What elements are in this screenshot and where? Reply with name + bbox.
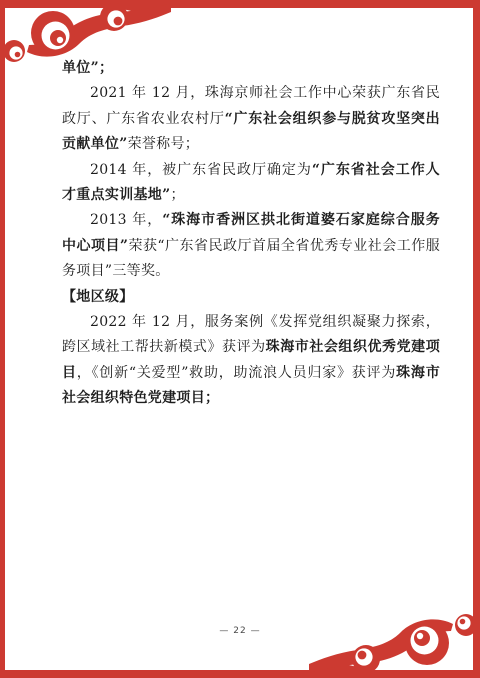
text-run: 2014 年，被广东省民政厅确定为 [90, 162, 312, 178]
paragraph: 2014 年，被广东省民政厅确定为“广东省社会工作人才重点实训基地”； [62, 158, 440, 209]
section-heading: 【地区级】 [62, 285, 440, 310]
paragraph: 2013 年，“珠海市香洲区拱北街道婆石家庭综合服务中心项目”荣获“广东省民政厅… [62, 208, 440, 284]
text-run: 【地区级】 [62, 289, 134, 305]
cloud-ornament-top-left-icon [0, 0, 172, 64]
text-run: ，《创新“关爱型”救助，助流浪人员归家》获评为 [77, 365, 396, 381]
text-run: ； [170, 187, 184, 203]
paragraph: 2021 年 12 月，珠海京师社会工作中心荣获广东省民政厅、广东省农业农村厅“… [62, 81, 440, 157]
text-run: 荣誉称号； [128, 136, 200, 152]
cloud-ornament-bottom-right-icon [308, 612, 480, 676]
page-number: — 22 — [0, 626, 480, 636]
text-run: 单位”； [62, 60, 113, 76]
document-page: 单位”；2021 年 12 月，珠海京师社会工作中心荣获广东省民政厅、广东省农业… [0, 0, 480, 678]
text-run: 2013 年， [90, 212, 162, 228]
paragraph: 2022 年 12 月，服务案例《发挥党组织凝聚力探索，跨区域社工帮扶新模式》获… [62, 310, 440, 412]
paragraph: 单位”； [62, 56, 440, 81]
document-body: 单位”；2021 年 12 月，珠海京师社会工作中心荣获广东省民政厅、广东省农业… [62, 56, 440, 412]
